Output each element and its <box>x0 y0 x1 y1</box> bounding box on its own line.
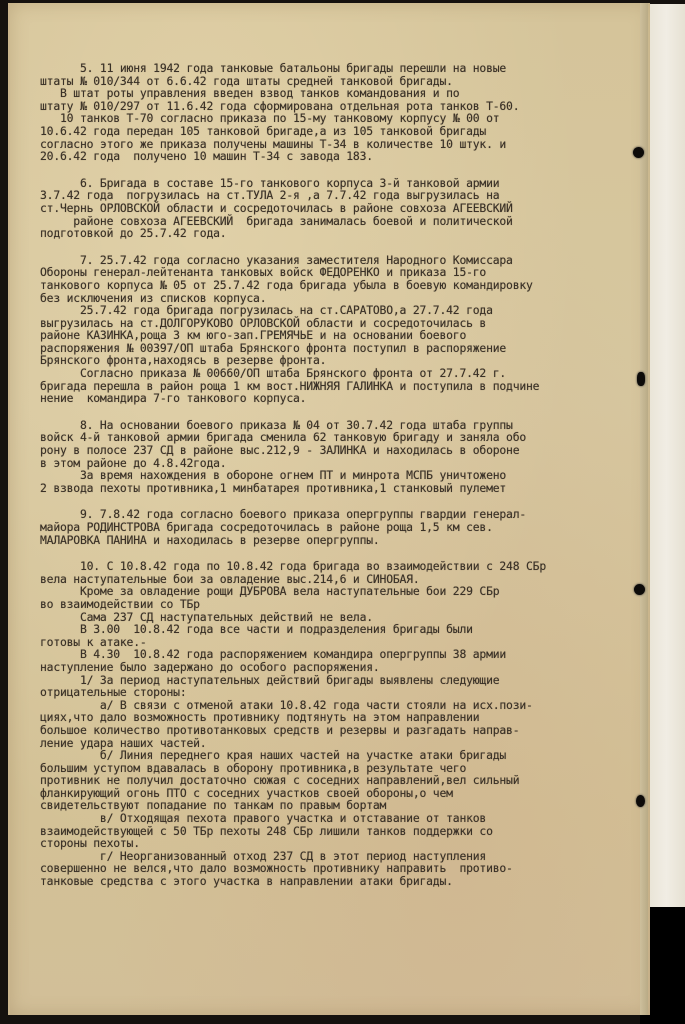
text-line: большое количество противотанковых средс… <box>40 724 630 737</box>
binder-hole-icon <box>633 147 644 158</box>
text-line: В 3.00 10.8.42 года все части и подразде… <box>40 623 630 636</box>
text-line: За время нахождения в обороне огнем ПТ и… <box>40 469 630 482</box>
text-line: Согласно приказа № 00660/ОП штаба Брянск… <box>40 367 630 380</box>
text-line: 25.7.42 года бригада погрузилась на ст.С… <box>40 304 630 317</box>
text-line: 10.6.42 года передан 105 танковой бригад… <box>40 125 630 138</box>
binder-hole-icon <box>637 372 645 386</box>
text-line: 10. С 10.8.42 года по 10.8.42 года брига… <box>40 560 630 573</box>
text-line: районе КАЗИНКА,роща 3 км юго-зап.ГРЕМЯЧЬ… <box>40 329 630 342</box>
document-body: 5. 11 июня 1942 года танковые батальоны … <box>40 62 630 888</box>
paragraph-5: 5. 11 июня 1942 года танковые батальоны … <box>40 62 630 163</box>
text-line: В штат роты управления введен взвод танк… <box>40 87 630 100</box>
text-line: 5. 11 июня 1942 года танковые батальоны … <box>40 62 630 75</box>
paragraph-10: 10. С 10.8.42 года по 10.8.42 года брига… <box>40 560 630 887</box>
binder-hole-icon <box>634 584 645 595</box>
text-line: отрицательные стороны: <box>40 686 630 699</box>
text-line: во взаимодействии со ТБр <box>40 598 630 611</box>
text-line: противник не получил достаточно сюжая с … <box>40 774 630 787</box>
text-line: б/ Линия переднего края наших частей на … <box>40 749 630 762</box>
text-line: наступление было задержано до особого ра… <box>40 661 630 674</box>
paragraph-9: 9. 7.8.42 года согласно боевого приказа … <box>40 508 630 546</box>
text-line: рону в полосе 237 СД в районе выс.212,9 … <box>40 444 630 457</box>
backing-sheet <box>648 4 685 907</box>
text-line: 20.6.42 года получено 10 машин Т-34 с за… <box>40 150 630 163</box>
paragraph-7: 7. 25.7.42 года согласно указания замест… <box>40 254 630 405</box>
paragraph-8: 8. На основании боевого приказа № 04 от … <box>40 419 630 495</box>
text-line: танкового корпуса № 05 от 25.7.42 года б… <box>40 279 630 292</box>
text-line: МАЛАРОВКА ПАНИНА и находилась в резерве … <box>40 534 630 547</box>
text-line: подготовкой до 25.7.42 года. <box>40 227 630 240</box>
text-line: 2 взвода пехоты противника,1 минбатарея … <box>40 482 630 495</box>
text-line: нение командира 7-го танкового корпуса. <box>40 392 630 405</box>
paragraph-6: 6. Бригада в составе 15-го танкового кор… <box>40 177 630 240</box>
text-line: ст.Чернь ОРЛОВСКОЙ области и сосредоточи… <box>40 202 630 215</box>
binder-hole-icon <box>636 795 645 807</box>
text-line: в/ Отходящая пехота правого участка и от… <box>40 812 630 825</box>
text-line: танковые средства с этого участка в напр… <box>40 875 630 888</box>
text-line: стороны пехоты. <box>40 837 630 850</box>
text-line: майора РОДИНСТРОВА бригада сосредоточила… <box>40 521 630 534</box>
